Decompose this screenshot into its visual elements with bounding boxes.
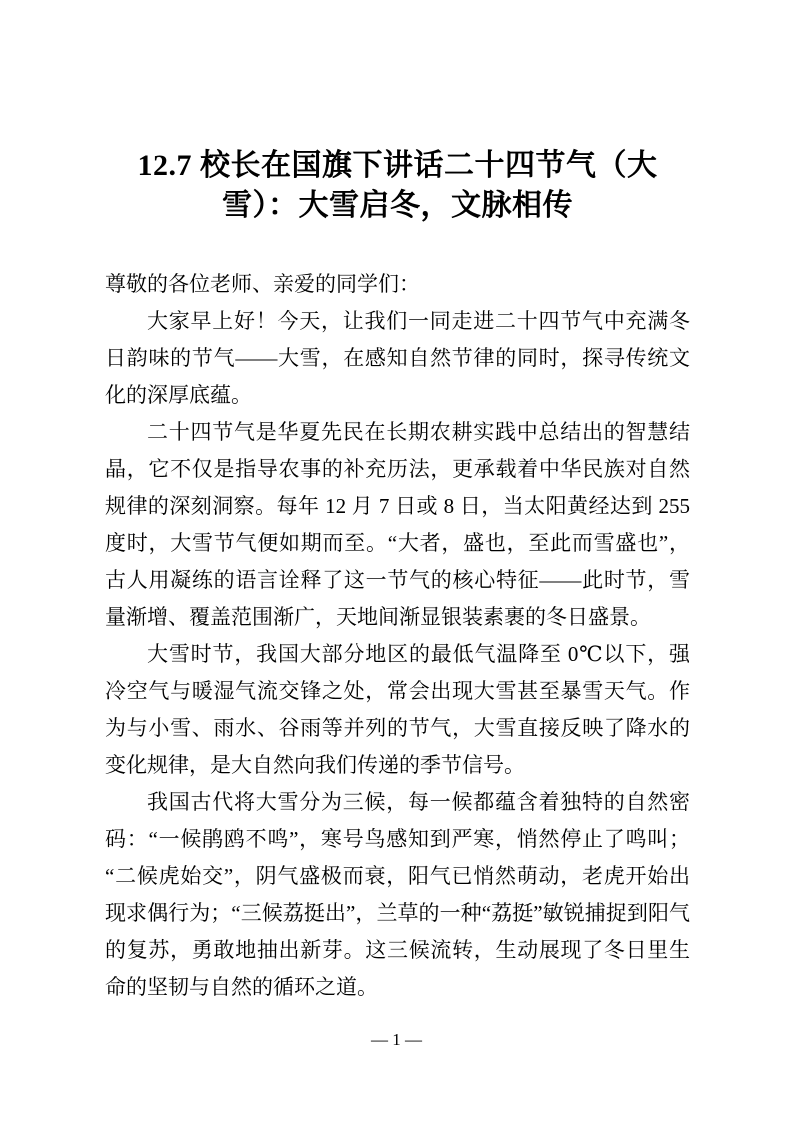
document-title-line-2: 雪）：大雪启冬，文脉相传 [105, 186, 690, 226]
document-page: 12.7 校长在国旗下讲话二十四节气（大 雪）：大雪启冬，文脉相传 尊敬的各位老… [0, 0, 793, 1122]
paragraph-weather-characteristics: 大雪时节，我国大部分地区的最低气温降至 0℃以下，强冷空气与暖湿气流交锋之处，常… [105, 636, 690, 784]
document-content: 12.7 校长在国旗下讲话二十四节气（大 雪）：大雪启冬，文脉相传 尊敬的各位老… [105, 0, 690, 1006]
paragraph-greeting: 大家早上好！今天，让我们一同走进二十四节气中充满冬日韵味的节气——大雪，在感知自… [105, 303, 690, 414]
paragraph-salutation: 尊敬的各位老师、亲爱的同学们： [105, 266, 690, 303]
paragraph-three-pentads: 我国古代将大雪分为三候，每一候都蕴含着独特的自然密码：“一候鹃鸥不鸣”，寒号鸟感… [105, 784, 690, 1006]
paragraph-solar-terms-origin: 二十四节气是华夏先民在长期农耕实践中总结出的智慧结晶，它不仅是指导农事的补充历法… [105, 414, 690, 636]
document-title: 12.7 校长在国旗下讲话二十四节气（大 雪）：大雪启冬，文脉相传 [105, 146, 690, 226]
document-title-line-1: 12.7 校长在国旗下讲话二十四节气（大 [105, 146, 690, 186]
page-number: — 1 — [371, 1030, 422, 1049]
page-footer: — 1 — [0, 1028, 793, 1052]
